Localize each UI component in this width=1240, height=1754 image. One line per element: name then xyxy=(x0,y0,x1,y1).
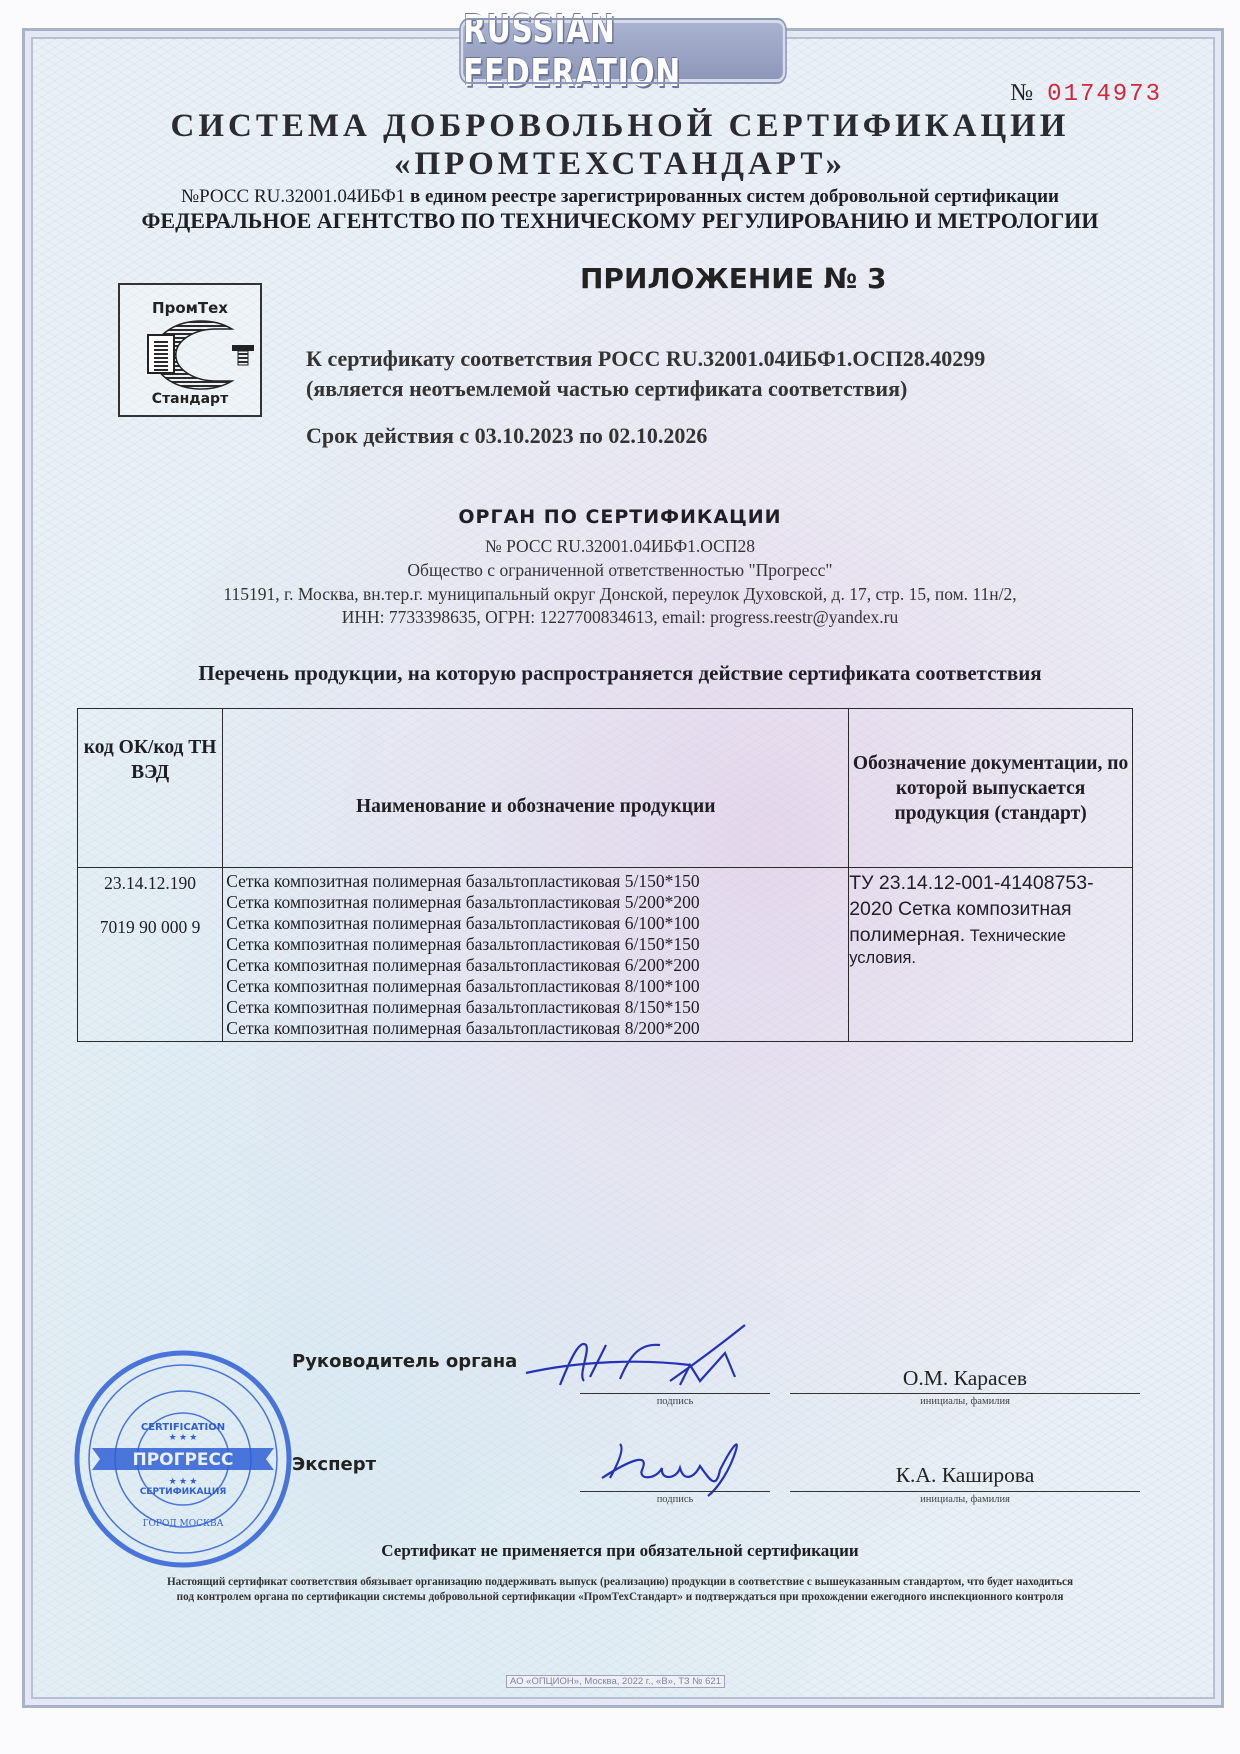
codes-cell: 23.14.12.190 7019 90 000 9 xyxy=(78,868,223,1042)
tnved-code: 7019 90 000 9 xyxy=(79,916,221,938)
svg-text:ПромТех: ПромТех xyxy=(152,299,228,317)
standard-cell: ТУ 23.14.12-001-41408753- 2020 Сетка ком… xyxy=(849,868,1133,1042)
promtekh-standart-logo: ПромТех Стандарт xyxy=(118,283,262,417)
names-cell: Сетка композитная полимерная базальтопла… xyxy=(223,868,849,1042)
name-caption: инициалы, фамилия xyxy=(790,1396,1140,1407)
name-caption: инициалы, фамилия xyxy=(790,1494,1140,1505)
svg-text:★ ★ ★: ★ ★ ★ xyxy=(169,1476,198,1486)
signature-head-icon xyxy=(520,1315,850,1405)
logo-icon: ПромТех Стандарт xyxy=(120,285,260,415)
appendix-title: ПРИЛОЖЕНИЕ № 3 xyxy=(580,262,887,295)
system-title: СИСТЕМА ДОБРОВОЛЬНОЙ СЕРТИФИКАЦИИ xyxy=(0,108,1240,145)
svg-text:ГОРОД МОСКВА: ГОРОД МОСКВА xyxy=(143,1519,224,1529)
product-item: Сетка композитная полимерная базальтопла… xyxy=(226,1018,846,1039)
signature-line xyxy=(580,1491,770,1492)
svg-text:Стандарт: Стандарт xyxy=(152,391,229,407)
organ-address: 115191, г. Москва, вн.тер.г. муниципальн… xyxy=(0,584,1240,605)
products-list-title: Перечень продукции, на которую распростр… xyxy=(0,661,1240,686)
product-item: Сетка композитная полимерная базальтопла… xyxy=(226,976,846,997)
products-table: код ОК/код ТН ВЭД Наименование и обознач… xyxy=(77,708,1133,1042)
system-name: «ПРОМТЕХСТАНДАРТ» xyxy=(0,146,1240,183)
mandatory-certification-notice: Сертификат не применяется при обязательн… xyxy=(0,1541,1240,1561)
agency-name: ФЕДЕРАЛЬНОЕ АГЕНТСТВО ПО ТЕХНИЧЕСКОМУ РЕ… xyxy=(0,208,1240,234)
registry-line: №РОСС RU.32001.04ИБФ1 в едином реестре з… xyxy=(0,186,1240,208)
product-item: Сетка композитная полимерная базальтопла… xyxy=(226,934,846,955)
organ-ids: ИНН: 7733398635, ОГРН: 1227700834613, em… xyxy=(0,607,1240,628)
validity-period: Срок действия с 03.10.2023 по 02.10.2026 xyxy=(306,423,707,449)
column-header-code: код ОК/код ТН ВЭД xyxy=(78,709,223,868)
expert-label: Эксперт xyxy=(292,1454,376,1475)
svg-text:СЕРТИФИКАЦИЯ: СЕРТИФИКАЦИЯ xyxy=(140,1487,227,1497)
table-header-row: код ОК/код ТН ВЭД Наименование и обознач… xyxy=(78,709,1133,868)
organ-name: Общество с ограниченной ответственностью… xyxy=(0,560,1240,581)
svg-text:★ ★ ★: ★ ★ ★ xyxy=(169,1432,198,1442)
name-line xyxy=(790,1491,1140,1492)
head-of-body-label: Руководитель органа xyxy=(292,1351,517,1372)
product-item: Сетка композитная полимерная базальтопла… xyxy=(226,913,846,934)
signature-caption: подпись xyxy=(580,1494,770,1505)
svg-text:ПРОГРЕСС: ПРОГРЕСС xyxy=(133,1450,234,1470)
signature-expert-icon xyxy=(590,1430,790,1500)
expert-name: К.А. Каширова xyxy=(790,1463,1140,1488)
certificate-reference: К сертификату соответствия РОСС RU.32001… xyxy=(306,346,985,372)
serial-number: №0174973 xyxy=(1010,80,1162,108)
product-item: Сетка композитная полимерная базальтопла… xyxy=(226,892,846,913)
column-header-standard: Обозначение документации, по которой вып… xyxy=(849,709,1133,868)
organ-number: № РОСС RU.32001.04ИБФ1.ОСП28 xyxy=(0,536,1240,557)
fine-print: Настоящий сертификат соответствия обязыв… xyxy=(0,1575,1240,1605)
product-item: Сетка композитная полимерная базальтопла… xyxy=(226,997,846,1018)
signature-line xyxy=(580,1393,770,1394)
table-row: 23.14.12.190 7019 90 000 9 Сетка компози… xyxy=(78,868,1133,1042)
organization-stamp-icon: ПРОГРЕСС CERTIFICATION СЕРТИФИКАЦИЯ ГОРО… xyxy=(72,1348,294,1570)
signature-caption: подпись xyxy=(580,1396,770,1407)
printer-imprint: АО «ОПЦИОН», Москва, 2022 г., «В», ТЗ № … xyxy=(506,1675,725,1688)
product-item: Сетка композитная полимерная базальтопла… xyxy=(226,871,846,892)
column-header-name: Наименование и обозначение продукции xyxy=(223,709,849,868)
russian-federation-banner: RUSSIAN FEDERATION xyxy=(461,20,785,82)
certificate-reference-note: (является неотъемлемой частью сертификат… xyxy=(306,376,907,402)
name-line xyxy=(790,1393,1140,1394)
okpd-code: 23.14.12.190 xyxy=(79,872,221,894)
head-of-body-name: О.М. Карасев xyxy=(790,1366,1140,1391)
organ-title: ОРГАН ПО СЕРТИФИКАЦИИ xyxy=(0,506,1240,528)
product-item: Сетка композитная полимерная базальтопла… xyxy=(226,955,846,976)
serial-value: 0174973 xyxy=(1047,81,1162,108)
